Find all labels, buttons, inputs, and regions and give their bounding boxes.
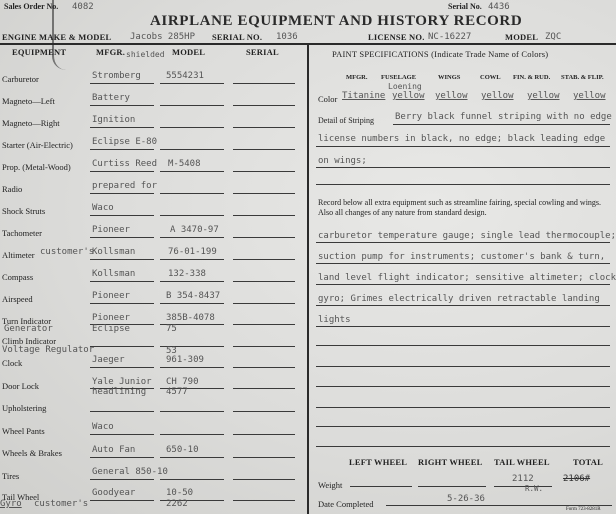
row-label: Starter (Air-Electric)	[2, 140, 73, 150]
row-model: 385B-4078	[166, 313, 215, 323]
weight-col-tail: TAIL WHEEL	[494, 457, 550, 467]
tail-wheel-note: R.W.	[525, 484, 543, 493]
paint-col-mfgr: MFGR.	[346, 74, 367, 81]
paint-col-cowl: COWL	[480, 74, 501, 81]
extra-model-headlining: 4577	[166, 387, 188, 397]
engine-label: ENGINE MAKE & MODEL	[2, 32, 111, 42]
row-mfgr: Yale Junior	[92, 377, 152, 387]
paint-fin-rud-value: yellow	[527, 91, 560, 101]
engine-serial-label: SERIAL NO.	[212, 32, 262, 42]
extra-note-gyro: customer's	[34, 499, 88, 509]
row-label: Prop. (Metal-Wood)	[2, 162, 71, 172]
striping-line-3: on wings;	[318, 156, 367, 166]
extra-mfgr-generator: Eclipse	[92, 324, 130, 334]
striping-line-2: license numbers in black, no edge; black…	[318, 134, 605, 144]
paint-stab-flip-value: yellow	[573, 91, 606, 101]
column-divider	[307, 43, 309, 514]
row-label: Compass	[2, 272, 33, 282]
row-label: Magneto—Left	[2, 96, 55, 106]
row-model: A 3470-97	[170, 225, 219, 235]
extras-line-1: carburetor temperature gauge; single lea…	[318, 231, 616, 241]
row-label: Altimeter	[2, 250, 35, 260]
license-value: NC-16227	[428, 32, 471, 42]
row-model: 76-01-199	[168, 247, 217, 257]
row-model: 650-10	[166, 445, 199, 455]
row-mfgr: General 850-10	[92, 467, 168, 477]
extras-line-5: lights	[318, 315, 351, 325]
paint-col-fuselage: FUSELAGE	[381, 74, 416, 81]
license-label: LICENSE NO.	[368, 32, 425, 42]
paint-fuselage-note: Loening	[388, 82, 422, 91]
row-mfgr: Stromberg	[92, 71, 141, 81]
row-mfgr: prepared for	[92, 181, 157, 191]
row-mfgr: Kollsman	[92, 269, 135, 279]
model-label: MODEL	[505, 32, 538, 42]
row-label: Airspeed	[2, 294, 33, 304]
paint-col-fin-rud: FIN. & RUD.	[513, 74, 550, 81]
col-model: MODEL	[172, 47, 205, 57]
extra-label-generator: Generator	[4, 324, 53, 334]
model-value: ZQC	[545, 32, 561, 42]
tail-wheel-weight: 2112	[512, 474, 534, 484]
weight-col-left: LEFT WHEEL	[349, 457, 407, 467]
row-label: Clock	[2, 358, 22, 368]
row-mfgr: Kollsman	[92, 247, 135, 257]
col-mfgr-note: shielded	[126, 50, 165, 59]
row-label: Tachometer	[2, 228, 42, 238]
row-model: 5554231	[166, 71, 204, 81]
extra-mfgr-headlining: headlining	[92, 387, 146, 397]
serial-value: 4436	[488, 2, 510, 12]
col-mfgr: MFGR.	[96, 47, 125, 57]
row-label: Wheels & Brakes	[2, 448, 62, 458]
date-completed-value: 5-26-36	[447, 494, 485, 504]
row-label-note: customer's	[40, 247, 94, 257]
extras-line-3: land level flight indicator; sensitive a…	[318, 273, 616, 283]
row-mfgr: Auto Fan	[92, 445, 135, 455]
row-mfgr: Pioneer	[92, 291, 130, 301]
serial-label: Serial No.	[448, 2, 482, 11]
row-model: M-5408	[168, 159, 201, 169]
extras-instructions: Record below all extra equipment such as…	[318, 198, 614, 218]
total-weight: 2106#	[563, 474, 590, 484]
row-model: 132-338	[168, 269, 206, 279]
col-serial: SERIAL	[246, 47, 279, 57]
row-label: Shock Struts	[2, 206, 45, 216]
row-label: Radio	[2, 184, 22, 194]
sales-order-value: 4082	[72, 2, 94, 12]
row-mfgr: Curtiss Reed	[92, 159, 157, 169]
paint-col-wings: WINGS	[438, 74, 460, 81]
paint-cowl-value: yellow	[481, 91, 514, 101]
row-mfgr: Goodyear	[92, 488, 135, 498]
row-mfgr: Waco	[92, 203, 114, 213]
row-mfgr: Eclipse E-80	[92, 137, 157, 147]
row-mfgr: Pioneer	[92, 313, 130, 323]
engine-value: Jacobs 285HP	[130, 32, 195, 42]
sales-order-label: Sales Order No.	[4, 2, 58, 11]
row-mfgr: Waco	[92, 422, 114, 432]
row-label: Door Lock	[2, 381, 39, 391]
row-mfgr: Pioneer	[92, 225, 130, 235]
striping-label: Detail of Striping	[318, 116, 374, 125]
row-label: Tires	[2, 471, 19, 481]
row-model: CH 790	[166, 377, 199, 387]
paint-mfgr-value: Titanine	[342, 91, 385, 101]
extra-label-voltage-regulator: Voltage Regulator	[2, 345, 94, 355]
row-mfgr: Battery	[92, 93, 130, 103]
extra-model-generator: 75	[166, 324, 177, 334]
paint-fuselage-value: yellow	[392, 91, 425, 101]
extras-line-2: suction pump for instruments; customer's…	[318, 252, 605, 262]
row-mfgr: Ignition	[92, 115, 135, 125]
col-equipment: EQUIPMENT	[12, 47, 66, 57]
paint-col-stab-flip: STAB. & FLIP.	[561, 74, 604, 81]
row-model: 10-50	[166, 488, 193, 498]
engine-serial-value: 1036	[276, 32, 298, 42]
row-model: 961-309	[166, 355, 204, 365]
row-label: Magneto—Right	[2, 118, 60, 128]
form-number: Form 723-8281R	[566, 507, 601, 512]
row-label: Carburetor	[2, 74, 39, 84]
row-model: B 354-8437	[166, 291, 220, 301]
date-completed-label: Date Completed	[318, 499, 373, 509]
row-label: Upholstering	[2, 403, 46, 413]
extra-model-gyro: 2262	[166, 499, 188, 509]
weight-col-right: RIGHT WHEEL	[418, 457, 482, 467]
extras-line-4: gyro; Grimes electrically driven retract…	[318, 294, 600, 304]
equipment-history-record: Sales Order No. 4082 Serial No. 4436 AIR…	[0, 0, 616, 514]
paint-wings-value: yellow	[435, 91, 468, 101]
page-title: AIRPLANE EQUIPMENT AND HISTORY RECORD	[150, 13, 522, 30]
striping-line-1: Berry black funnel striping with no edge	[395, 112, 612, 122]
paint-title: PAINT SPECIFICATIONS (Indicate Trade Nam…	[332, 49, 548, 59]
weight-label: Weight	[318, 480, 342, 490]
weight-col-total: TOTAL	[573, 457, 603, 467]
paint-color-label: Color	[318, 94, 337, 104]
row-label: Wheel Pants	[2, 426, 45, 436]
row-mfgr: Jaeger	[92, 355, 125, 365]
extra-label-gyro: Gyro	[0, 499, 22, 509]
